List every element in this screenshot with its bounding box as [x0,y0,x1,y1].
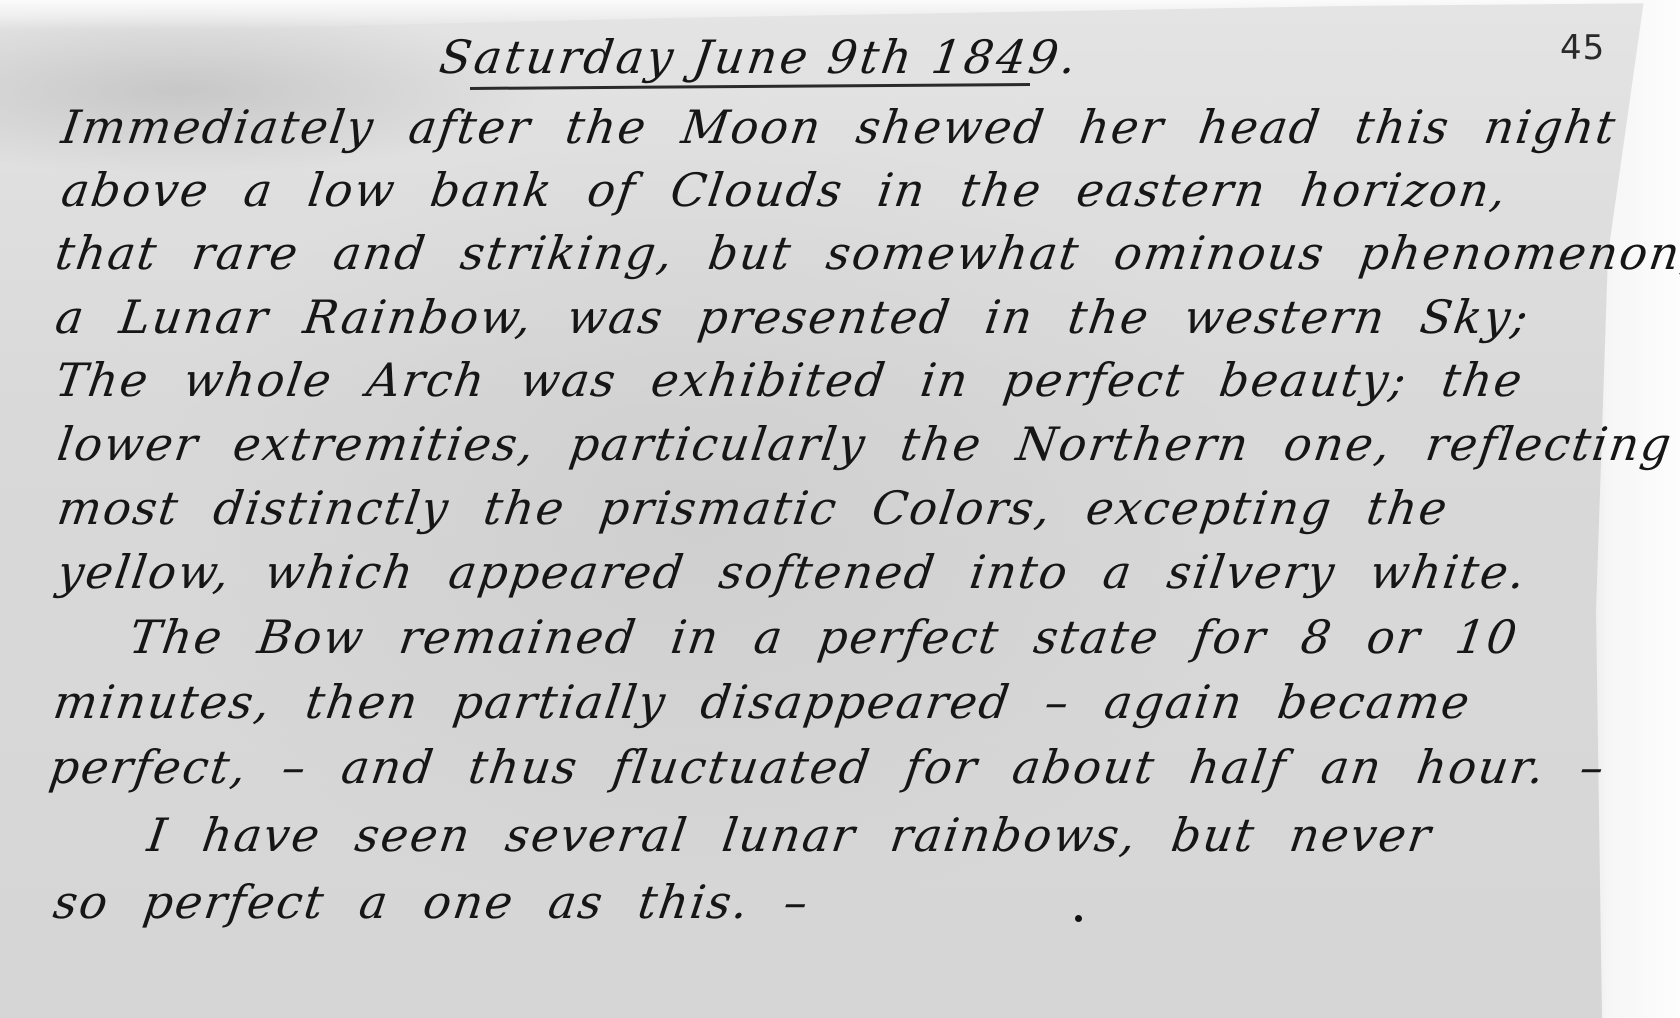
text-line: minutes, then partially disappeared – ag… [50,675,1474,729]
text-line: I have seen several lunar rainbows, but … [144,808,1436,862]
text-line: above a low bank of Clouds in the easter… [58,163,1511,217]
text-line: yellow, which appeared softened into a s… [54,545,1530,599]
text-line: Immediately after the Moon shewed her he… [58,100,1620,154]
text-line: that rare and striking, but somewhat omi… [52,226,1680,280]
text-line: most distinctly the prismatic Colors, ex… [54,481,1452,535]
page-number: 45 [1560,28,1605,68]
ink-dot [1075,915,1082,922]
manuscript-page: 45 Saturday June 9th 1849. Immediately a… [0,0,1680,1018]
text-line: a Lunar Rainbow, was presented in the we… [52,290,1533,344]
text-line: The Bow remained in a perfect state for … [126,610,1522,664]
text-line: lower extremities, particularly the Nort… [54,417,1676,471]
text-line: The whole Arch was exhibited in perfect … [52,353,1527,407]
torn-page-corner [0,0,1680,30]
text-line: perfect, – and thus fluctuated for about… [46,740,1609,794]
date-heading: Saturday June 9th 1849. [436,30,1082,84]
heading-underline [470,83,1030,90]
text-line: so perfect a one as this. – [50,875,813,929]
